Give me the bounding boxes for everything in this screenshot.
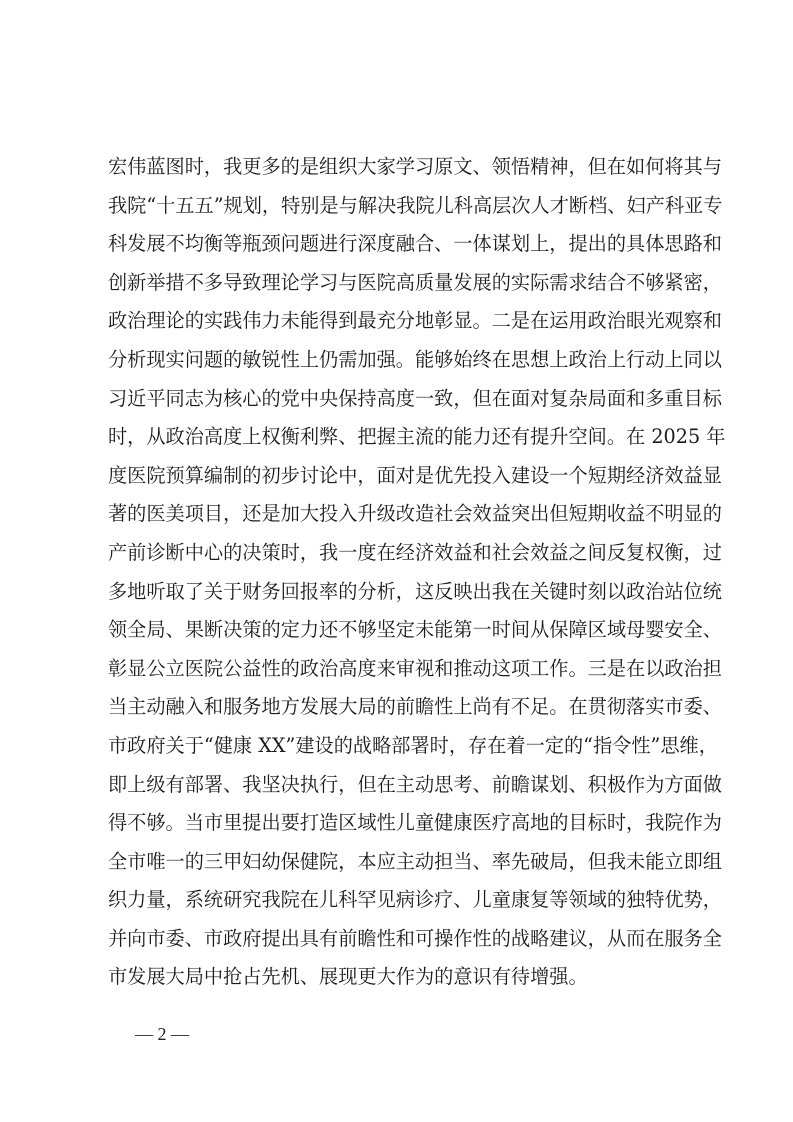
text-line: 我院“十五五”规划，特别是与解决我院儿科高层次人才断档、妇产科亚专 <box>108 187 694 226</box>
text-line: 当主动融入和服务地方发展大局的前瞻性上尚有不足。在贯彻落实市委、 <box>108 688 694 727</box>
text-line: 政治理论的实践伟力未能得到最充分地彰显。二是在运用政治眼光观察和 <box>108 302 694 341</box>
text-line-last: 市发展大局中抢占先机、展现更大作为的意识有待增强。 <box>108 958 694 997</box>
text-line: 时，从政治高度上权衡利弊、把握主流的能力还有提升空间。在 2025 年 <box>108 418 694 457</box>
text-line: 习近平同志为核心的党中央保持高度一致，但在面对复杂局面和多重目标 <box>108 380 694 419</box>
page-number: — 2 — <box>135 1022 189 1046</box>
text-line: 度医院预算编制的初步讨论中，面对是优先投入建设一个短期经济效益显 <box>108 457 694 496</box>
text-line: 宏伟蓝图时，我更多的是组织大家学习原文、领悟精神，但在如何将其与 <box>108 148 694 187</box>
text-line: 全市唯一的三甲妇幼保健院，本应主动担当、率先破局，但我未能立即组 <box>108 843 694 882</box>
text-line: 产前诊断中心的决策时，我一度在经济效益和社会效益之间反复权衡，过 <box>108 534 694 573</box>
text-line: 分析现实问题的敏锐性上仍需加强。能够始终在思想上政治上行动上同以 <box>108 341 694 380</box>
document-page: 宏伟蓝图时，我更多的是组织大家学习原文、领悟精神，但在如何将其与 我院“十五五”… <box>0 0 793 1122</box>
text-line: 彰显公立医院公益性的政治高度来审视和推动这项工作。三是在以政治担 <box>108 650 694 689</box>
text-line: 科发展不均衡等瓶颈问题进行深度融合、一体谋划上，提出的具体思路和 <box>108 225 694 264</box>
text-line: 即上级有部署、我坚决执行，但在主动思考、前瞻谋划、积极作为方面做 <box>108 766 694 805</box>
text-line: 著的医美项目，还是加大投入升级改造社会效益突出但短期收益不明显的 <box>108 495 694 534</box>
text-line: 织力量，系统研究我院在儿科罕见病诊疗、儿童康复等领域的独特优势， <box>108 881 694 920</box>
text-line: 领全局、果断决策的定力还不够坚定未能第一时间从保障区域母婴安全、 <box>108 611 694 650</box>
text-line: 并向市委、市政府提出具有前瞻性和可操作性的战略建议，从而在服务全 <box>108 920 694 959</box>
body-paragraph: 宏伟蓝图时，我更多的是组织大家学习原文、领悟精神，但在如何将其与 我院“十五五”… <box>108 148 694 997</box>
text-line: 市政府关于“健康 XX”建设的战略部署时，存在着一定的“指令性”思维， <box>108 727 694 766</box>
text-line: 创新举措不多导致理论学习与医院高质量发展的实际需求结合不够紧密， <box>108 264 694 303</box>
text-line: 多地听取了关于财务回报率的分析，这反映出我在关键时刻以政治站位统 <box>108 573 694 612</box>
text-line: 得不够。当市里提出要打造区域性儿童健康医疗高地的目标时，我院作为 <box>108 804 694 843</box>
